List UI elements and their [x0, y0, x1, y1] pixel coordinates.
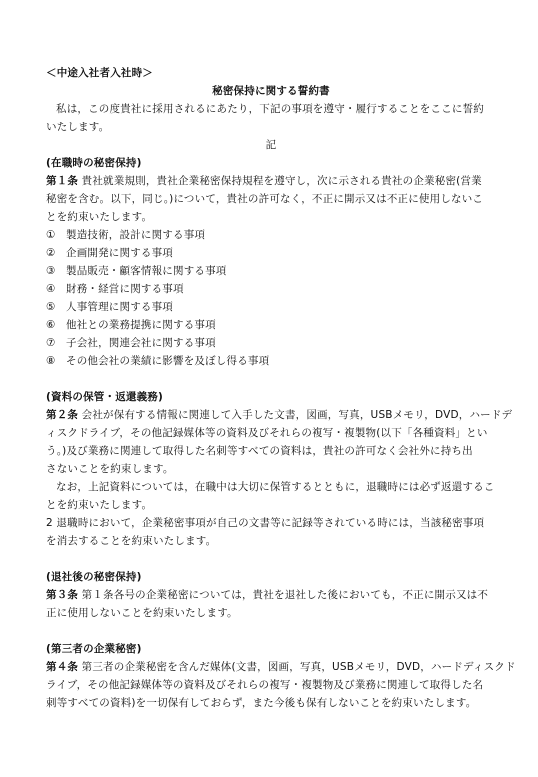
article-line: とを約束いたします。: [46, 496, 496, 514]
article-line: 第４条 第三者の企業秘密を含んだ媒体(文書，図画，写真，USBメモリ，DVD，ハ…: [46, 658, 496, 676]
article-number: 第４条: [46, 661, 78, 673]
list-item: ③製品販売・顧客情報に関する事項: [46, 262, 496, 280]
article-line: さないことを約束します。: [46, 460, 496, 478]
section-heading: (在職時の秘密保持): [46, 154, 496, 172]
article-line: 第２条 会社が保有する情報に関連して入手した文書，図画，写真，USBメモリ，DV…: [46, 406, 496, 424]
intro-line: 私は，この度貴社に採用されるにあたり，下記の事項を遵守・履行することをここに誓約: [46, 100, 496, 118]
list-item: ⑥他社との業務提携に関する事項: [46, 316, 496, 334]
article-line: 2 退職時において，企業秘密事項が自己の文書等に記録等されている時には，当該秘密…: [46, 514, 496, 532]
section-heading: (第三者の企業秘密): [46, 640, 496, 658]
article-line: を消去することを約束いたします。: [46, 532, 496, 550]
document-title: 秘密保持に関する誓約書: [46, 82, 496, 100]
article-line: ィスクドライブ，その他記録媒体等の資料及びそれらの複写・複製物(以下「各種資料」…: [46, 424, 496, 442]
list-item: ④財務・経営に関する事項: [46, 280, 496, 298]
article-line: 第１条 貴社就業規則，貴社企業秘密保持規程を遵守し，次に示される貴社の企業秘密(…: [46, 172, 496, 190]
article-number: 第２条: [46, 409, 78, 421]
section-heading: (資料の保管・返還義務): [46, 388, 496, 406]
document-page: ＜中途入社者入社時＞ 秘密保持に関する誓約書 私は，この度貴社に採用されるにあた…: [46, 64, 496, 712]
article-line: 刺等すべての資料)を一切保有しておらず，また今後も保有しないことを約束いたします…: [46, 694, 496, 712]
ki-label: 記: [46, 136, 496, 154]
article-number: 第１条: [46, 175, 78, 187]
intro-line: いたします。: [46, 118, 496, 136]
list-item: ②企画開発に関する事項: [46, 244, 496, 262]
article-line: う。)及び業務に関連して取得した名刺等すべての資料は，貴社の許可なく会社外に持ち…: [46, 442, 496, 460]
article-line: なお，上記資料については，在職中は大切に保管するとともに，退職時には必ず返還する…: [46, 478, 496, 496]
list-item: ⑤人事管理に関する事項: [46, 298, 496, 316]
article-line: ライブ，その他記録媒体等の資料及びそれらの複写・複製物及び業務に関連して取得した…: [46, 676, 496, 694]
section-heading: (退社後の秘密保持): [46, 568, 496, 586]
header-label: ＜中途入社者入社時＞: [46, 64, 496, 82]
article-line: 秘密を含む。以下，同じ。)について，貴社の許可なく，不正に開示又は不正に使用しな…: [46, 190, 496, 208]
list-item: ⑧その他会社の業績に影響を及ぼし得る事項: [46, 352, 496, 370]
article-line: とを約束いたします。: [46, 208, 496, 226]
list-item: ①製造技術，設計に関する事項: [46, 226, 496, 244]
article-line: 正に使用しないことを約束いたします。: [46, 604, 496, 622]
article-line: 第３条 第１条各号の企業秘密については，貴社を退社した後においても，不正に開示又…: [46, 586, 496, 604]
article-number: 第３条: [46, 589, 78, 601]
list-item: ⑦子会社，関連会社に関する事項: [46, 334, 496, 352]
